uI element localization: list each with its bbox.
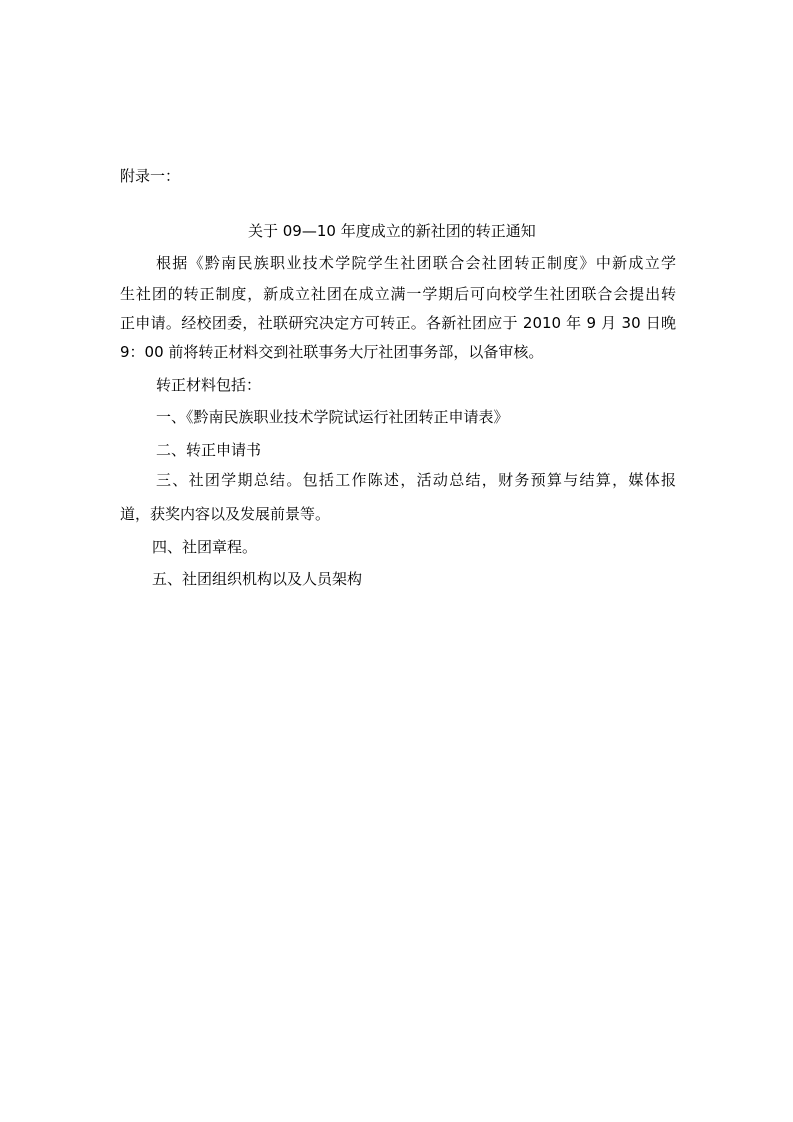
- document-title: 关于 09—10 年度成立的新社团的转正通知: [248, 221, 536, 241]
- list-item: 一、《黔南民族职业技术学院试运行社团转正申请表》: [156, 407, 712, 427]
- list-item: 二、转正申请书: [156, 440, 712, 460]
- appendix-label: 附录一：: [120, 166, 676, 186]
- paragraph-line: 9：00 前将转正材料交到社联事务大厅社团事务部，以备审核。: [120, 342, 676, 362]
- list-item: 四、社团章程。: [152, 537, 708, 557]
- paragraph-line: 生社团的转正制度，新成立社团在成立满一学期后可向校学生社团联合会提出转: [120, 284, 676, 304]
- paragraph-line: 正申请。经校团委，社联研究决定方可转正。各新社团应于 2010 年 9 月 30…: [120, 313, 676, 333]
- list-item-continuation: 道，获奖内容以及发展前景等。: [120, 504, 676, 524]
- list-item: 五、社团组织机构以及人员架构: [152, 569, 708, 589]
- list-item: 三、社团学期总结。包括工作陈述，活动总结，财务预算与结算，媒体报: [156, 470, 676, 490]
- paragraph-line: 根据《黔南民族职业技术学院学生社团联合会社团转正制度》中新成立学: [156, 253, 676, 273]
- materials-heading: 转正材料包括：: [156, 375, 712, 395]
